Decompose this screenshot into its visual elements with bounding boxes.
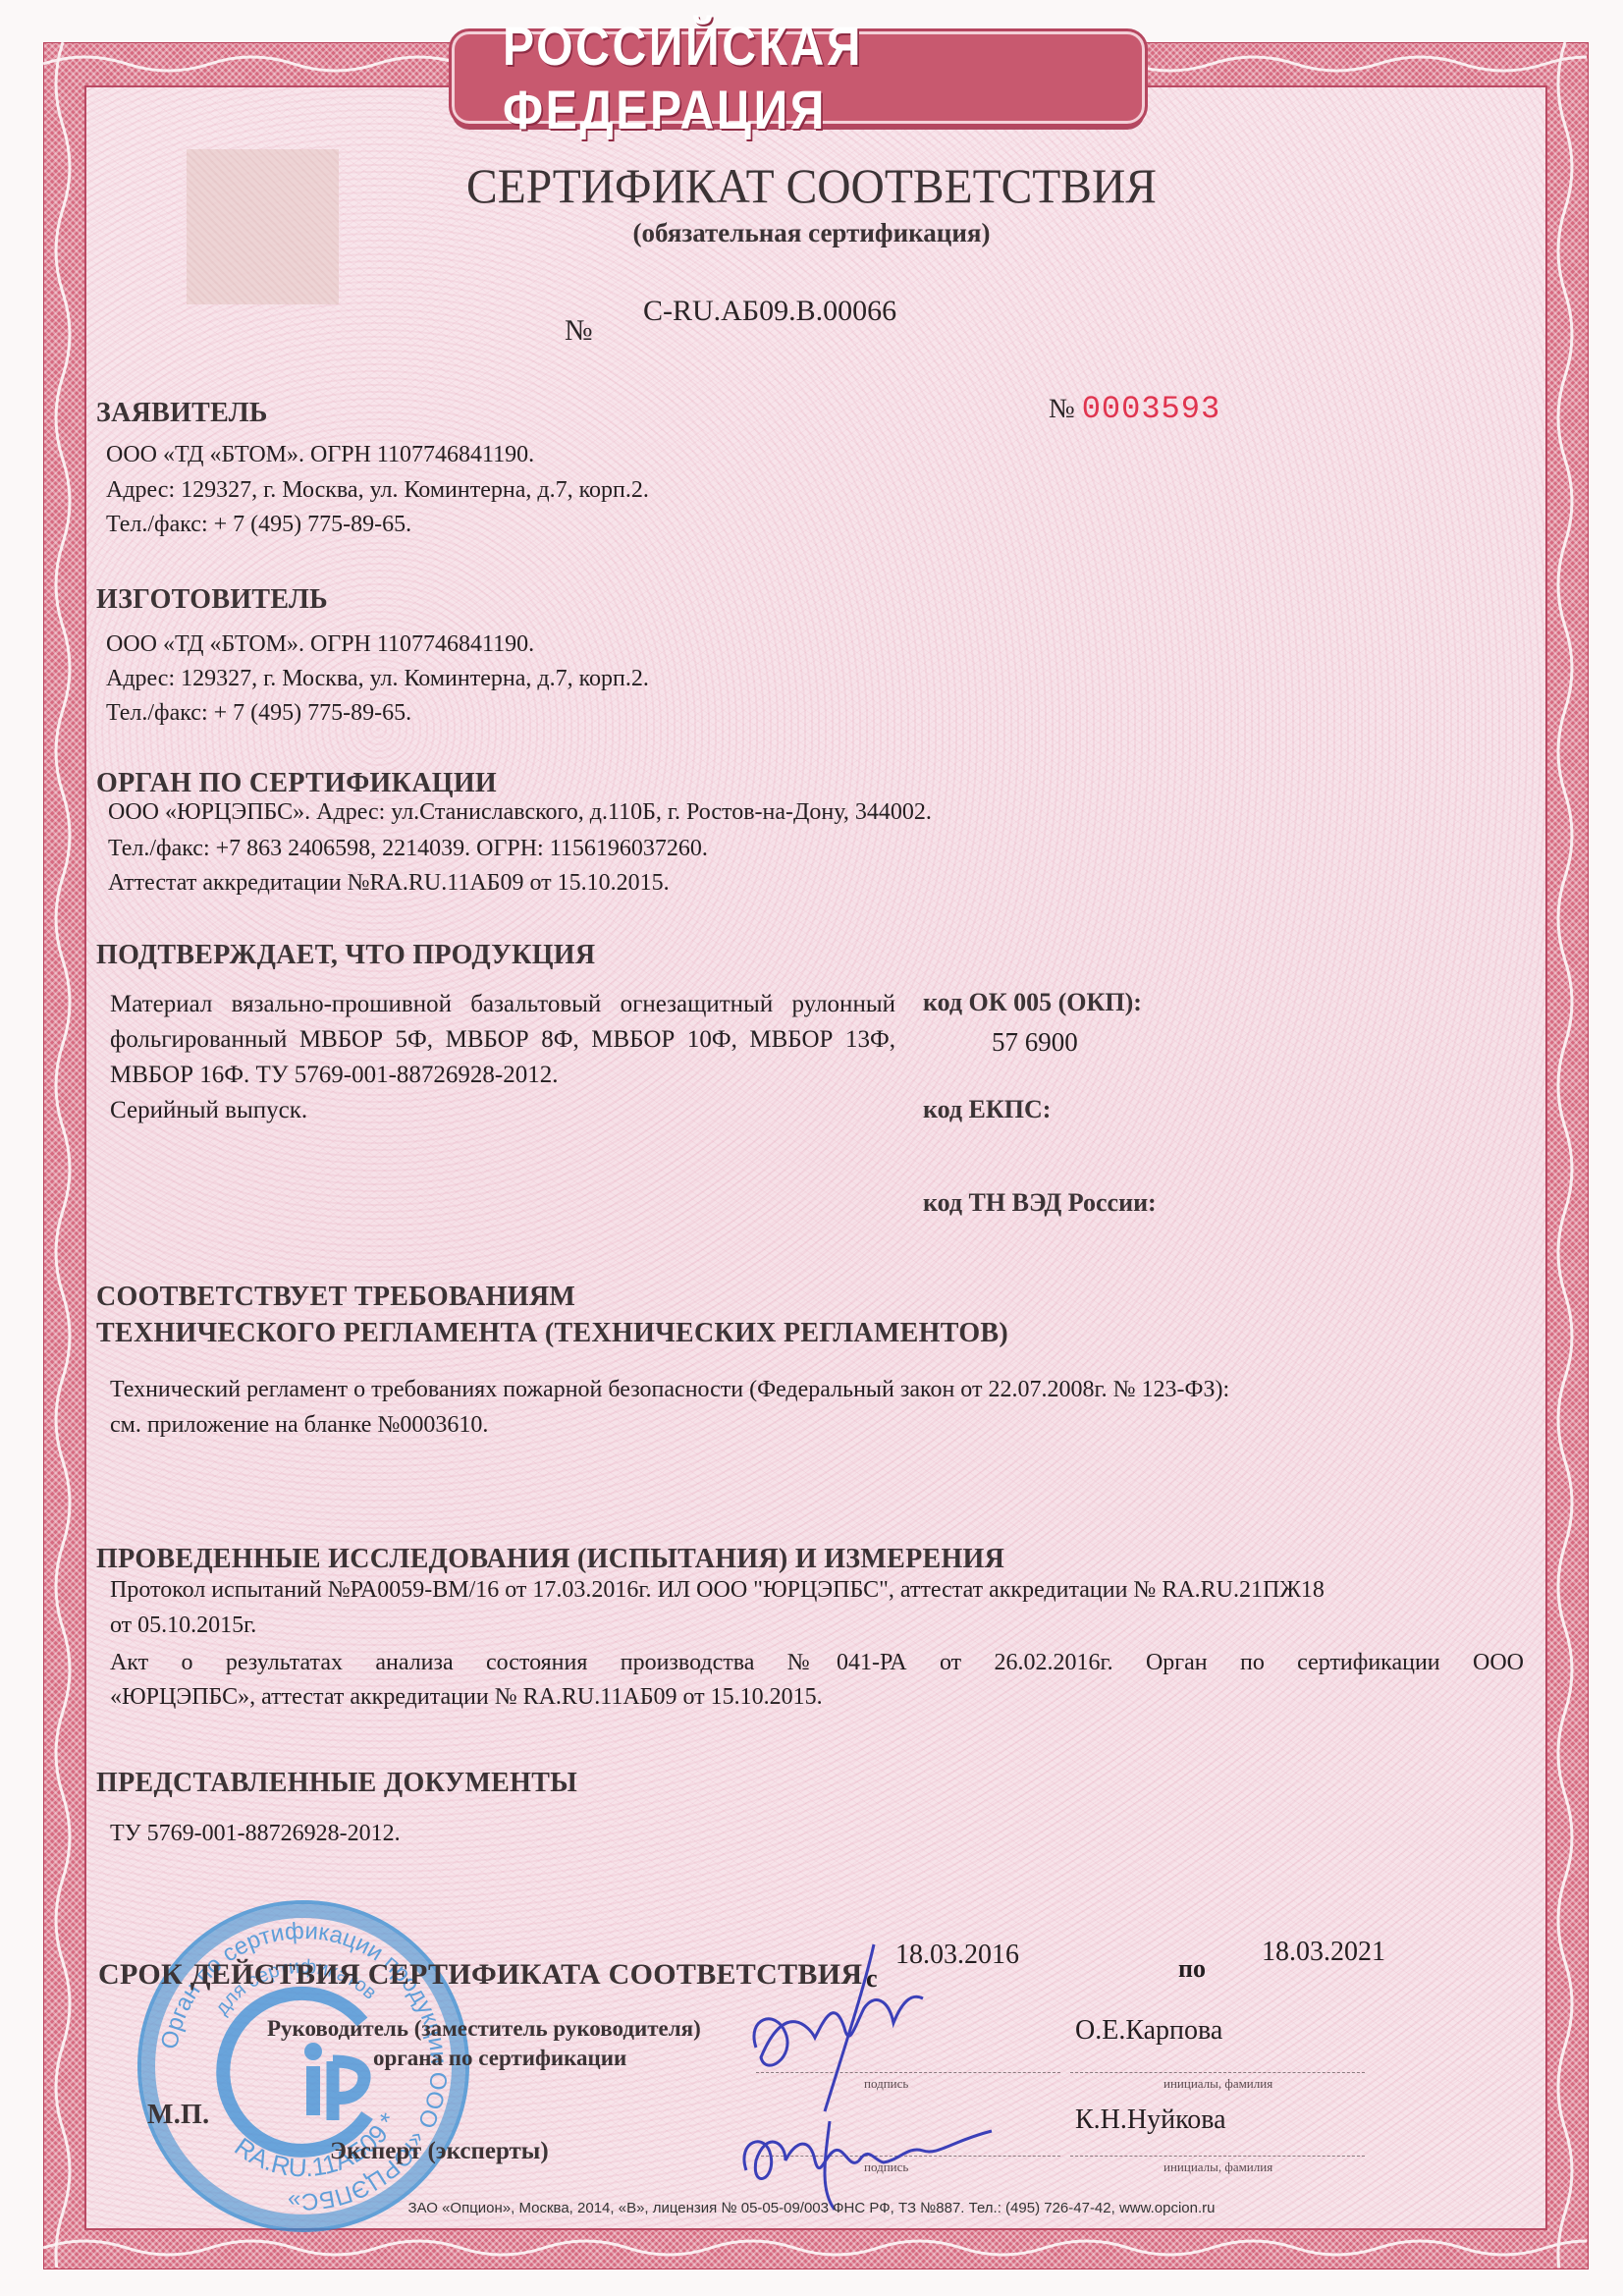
applicant-heading: ЗАЯВИТЕЛЬ — [96, 398, 268, 429]
tests-heading: ПРОВЕДЕННЫЕ ИССЛЕДОВАНИЯ (ИСПЫТАНИЯ) И И… — [96, 1544, 1004, 1575]
requirements-heading: СООТВЕТСТВУЕТ ТРЕБОВАНИЯМ — [96, 1282, 575, 1313]
applicant-line: Адрес: 129327, г. Москва, ул. Коминтерна… — [106, 477, 649, 504]
okp-code-label: код ОК 005 (ОКП): — [923, 988, 1142, 1017]
certification-body-heading: ОРГАН ПО СЕРТИФИКАЦИИ — [96, 768, 497, 799]
manufacturer-line: ООО «ТД «БТОМ». ОГРН 1107746841190. — [106, 631, 534, 658]
documents-line: ТУ 5769-001-88726928-2012. — [110, 1821, 401, 1847]
product-description: Материал вязально-прошивной базальтовый … — [110, 987, 895, 1128]
validity-to-date: 18.03.2021 — [1262, 1937, 1385, 1968]
head-role-2: органа по сертификации — [373, 2046, 626, 2071]
head-name: О.Е.Карпова — [1075, 2015, 1222, 2047]
head-name-line — [1070, 2072, 1365, 2073]
tests-line: Акт о результатах анализа состояния прои… — [110, 1650, 1524, 1676]
product-description-text: Материал вязально-прошивной базальтовый … — [110, 991, 895, 1088]
expert-name: К.Н.Нуйкова — [1075, 2105, 1226, 2136]
cert-number-sign: № — [565, 314, 593, 348]
banner-text: РОССИЙСКАЯ ФЕДЕРАЦИЯ — [503, 14, 1094, 141]
blank-number-sign: № — [1049, 394, 1075, 424]
applicant-line: ООО «ТД «БТОМ». ОГРН 1107746841190. — [106, 442, 534, 468]
product-release: Серийный выпуск. — [110, 1097, 307, 1123]
manufacturer-line: Адрес: 129327, г. Москва, ул. Коминтерна… — [106, 666, 649, 692]
expert-name-line — [1070, 2156, 1365, 2157]
expert-role: Эксперт (эксперты) — [330, 2138, 549, 2165]
seal-label: М.П. — [147, 2100, 209, 2131]
certification-body-line: Аттестат аккредитации №RA.RU.11АБ09 от 1… — [108, 870, 670, 897]
certification-body-line: Тел./факс: +7 863 2406598, 2214039. ОГРН… — [108, 836, 708, 862]
country-banner: РОССИЙСКАЯ ФЕДЕРАЦИЯ — [452, 31, 1145, 124]
requirements-subheading: ТЕХНИЧЕСКОГО РЕГЛАМЕНТА (ТЕХНИЧЕСКИХ РЕГ… — [96, 1318, 1008, 1349]
certificate-title: СЕРТИФИКАТ СООТВЕТСТВИЯ — [40, 157, 1582, 214]
name-caption: инициалы, фамилия — [1163, 2159, 1272, 2175]
tests-line: Протокол испытаний №РА0059-ВМ/16 от 17.0… — [110, 1577, 1325, 1604]
manufacturer-line: Тел./факс: + 7 (495) 775-89-65. — [106, 700, 411, 727]
validity-to-label: по — [1178, 1954, 1206, 1984]
tnved-code-label: код ТН ВЭД России: — [923, 1188, 1157, 1218]
applicant-line: Тел./факс: + 7 (495) 775-89-65. — [106, 512, 411, 538]
printer-footer: ЗАО «Опцион», Москва, 2014, «В», лицензи… — [0, 2200, 1623, 2216]
cert-number: C-RU.АБ09.В.00066 — [643, 295, 896, 328]
certificate-subtitle: (обязательная сертификация) — [0, 218, 1623, 248]
product-heading: ПОДТВЕРЖДАЕТ, ЧТО ПРОДУКЦИЯ — [96, 940, 595, 971]
name-caption: инициалы, фамилия — [1163, 2076, 1272, 2092]
head-role: Руководитель (заместитель руководителя) — [267, 2016, 701, 2042]
okp-code-value: 57 6900 — [992, 1027, 1078, 1058]
requirements-line: см. приложение на бланке №0003610. — [110, 1412, 488, 1439]
manufacturer-heading: ИЗГОТОВИТЕЛЬ — [96, 584, 328, 616]
head-signature — [727, 1940, 982, 2116]
blank-number: № 0003593 — [1049, 391, 1220, 427]
tests-line: «ЮРЦЭПБС», аттестат аккредитации № RA.RU… — [110, 1684, 823, 1711]
certification-body-line: ООО «ЮРЦЭПБС». Адрес: ул.Станиславского,… — [108, 799, 932, 826]
ekps-code-label: код ЕКПС: — [923, 1095, 1051, 1124]
requirements-line: Технический регламент о требованиях пожа… — [110, 1377, 1229, 1403]
tests-line: от 05.10.2015г. — [110, 1613, 256, 1639]
blank-number-value: 0003593 — [1082, 391, 1220, 427]
documents-heading: ПРЕДСТАВЛЕННЫЕ ДОКУМЕНТЫ — [96, 1768, 577, 1799]
